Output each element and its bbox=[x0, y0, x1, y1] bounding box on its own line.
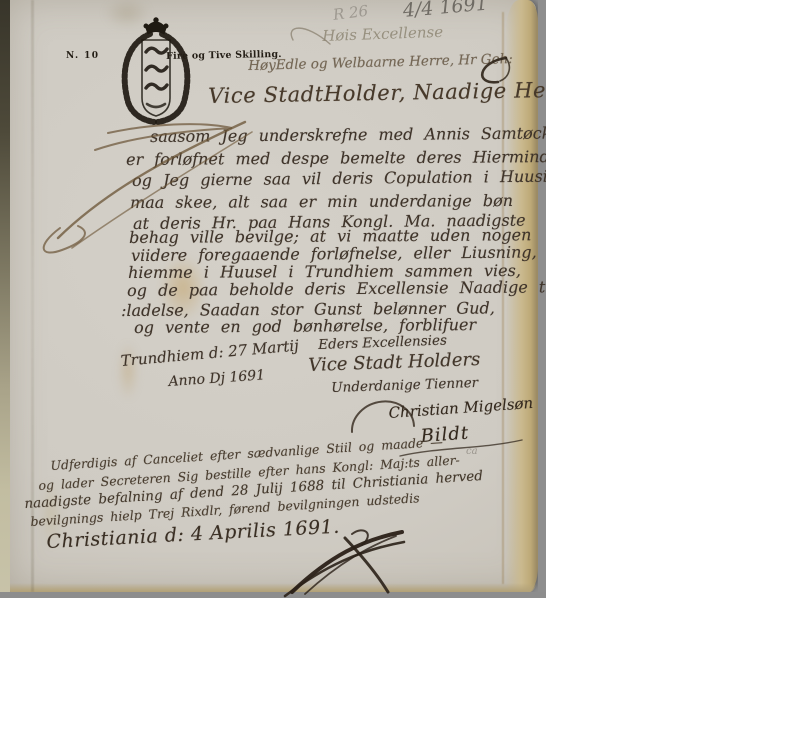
bottom-signature-scribble bbox=[285, 530, 404, 596]
document-photo: N. 10 Fire og Tive Skilling. R 26 4/4 16… bbox=[0, 0, 546, 598]
screenshot-canvas: N. 10 Fire og Tive Skilling. R 26 4/4 16… bbox=[0, 0, 792, 750]
pen-flourish-strokes bbox=[0, 0, 546, 598]
